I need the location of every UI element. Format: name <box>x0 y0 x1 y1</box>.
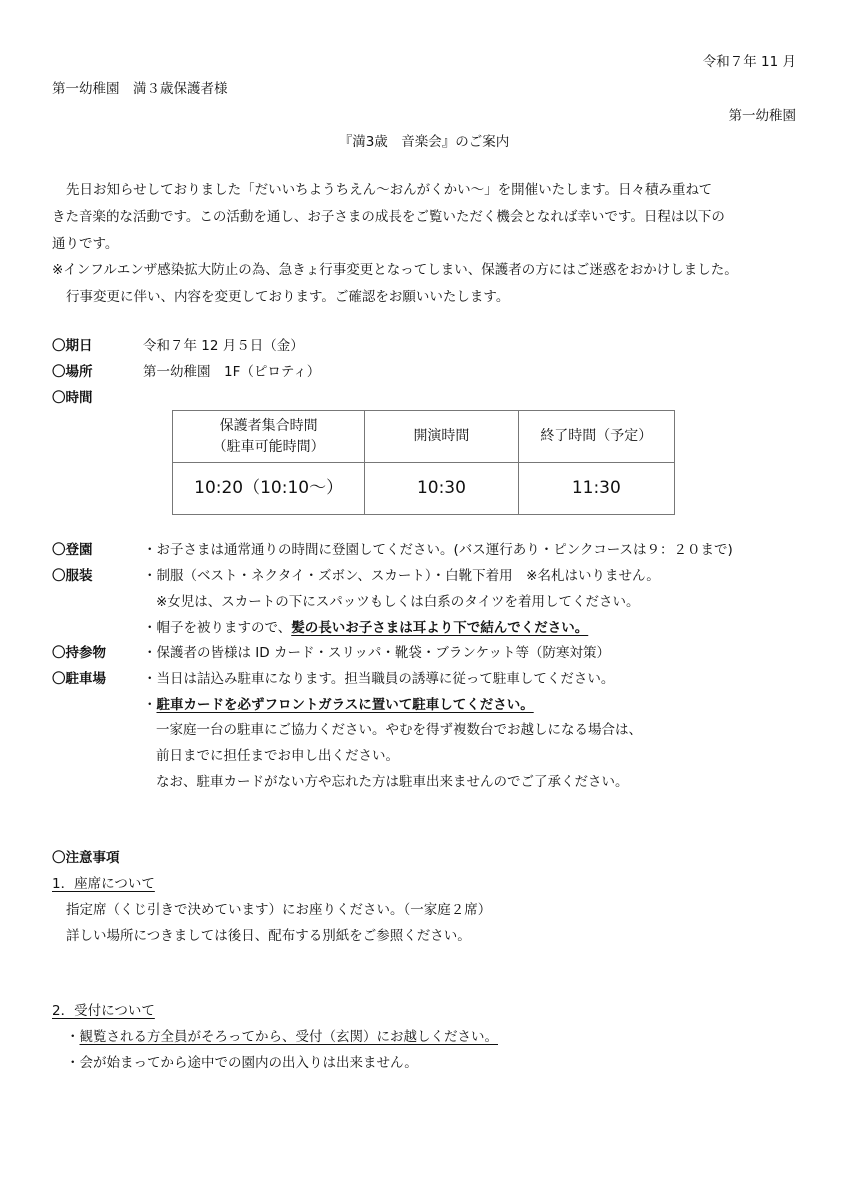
parking-label: 〇駐車場 <box>52 673 106 687</box>
value-end-time: 11:30 <box>518 463 674 515</box>
parking-text-2-bullet: ・ <box>143 697 157 713</box>
date-label: 〇期日 <box>52 340 93 354</box>
recipient: 第一幼稚園 満３歳保護者様 <box>52 83 228 97</box>
section-2-title: 2．受付について <box>52 1005 155 1019</box>
time-label: 〇時間 <box>52 392 93 406</box>
schedule-table-header-row: 保護者集合時間 （駐車可能時間） 開演時間 終了時間（予定） <box>173 411 675 463</box>
header-gathering-time-line1: 保護者集合時間 <box>173 416 364 437</box>
parking-text-2-emphasis: 駐車カードを必ずフロントガラスに置いて駐車してください。 <box>157 697 534 713</box>
place-value: 第一幼稚園 1F（ピロティ） <box>143 366 320 380</box>
date-value: 令和７年 12 月５日（金） <box>143 340 304 354</box>
value-start-time: 10:30 <box>365 463 518 515</box>
schedule-table: 保護者集合時間 （駐車可能時間） 開演時間 終了時間（予定） 10:20（10:… <box>172 410 675 515</box>
clothing-text-1: ・制服（ベスト・ネクタイ・ズボン、スカート）・白靴下着用 ※名札はいりません。 <box>143 570 660 584</box>
header-gathering-time-line2: （駐車可能時間） <box>173 437 364 458</box>
clothing-text-3: ・帽子を被りますので、髪の長いお子さまは耳より下で結んでください。 <box>143 622 588 636</box>
intro-note-line-2: 行事変更に伴い、内容を変更しております。ご確認をお願いいたします。 <box>66 291 509 305</box>
intro-line-1: 先日お知らせしておりました「だいいちようちえん～おんがくかい～」を開催いたします… <box>66 184 712 198</box>
clothing-text-2: ※女児は、スカートの下にスパッツもしくは白系のタイツを着用してください。 <box>156 596 640 610</box>
header-start-time: 開演時間 <box>365 411 518 463</box>
section-1-title: 1．座席について <box>52 878 155 892</box>
section-1-line-1: 指定席（くじ引きで決めています）にお座りください。（一家庭２席） <box>66 904 491 918</box>
section-2-line-2: ・会が始まってから途中での園内の出入りは出来ません。 <box>66 1057 418 1071</box>
schedule-table-value-row: 10:20（10:10～） 10:30 11:30 <box>173 463 675 515</box>
place-label: 〇場所 <box>52 366 93 380</box>
document-date: 令和７年 11 月 <box>703 56 796 70</box>
parking-text-1: ・当日は詰込み駐車になります。担当職員の誘導に従って駐車してください。 <box>143 673 614 687</box>
section-2-line-1-bullet: ・ <box>66 1029 80 1045</box>
intro-line-2: きた音楽的な活動です。この活動を通し、お子さまの成長をご覧いただく機会となれば幸… <box>52 211 725 225</box>
intro-note-line-1: ※インフルエンザ感染拡大防止の為、急きょ行事変更となってしまい、保護者の方にはご… <box>52 264 738 278</box>
section-1-line-2: 詳しい場所につきましては後日、配布する別紙をご参照ください。 <box>66 930 471 944</box>
sender: 第一幼稚園 <box>729 110 797 124</box>
section-2-line-1: ・観覧される方全員がそろってから、受付（玄関）にお越しください。 <box>66 1031 498 1045</box>
intro-line-3: 通りです。 <box>52 238 118 252</box>
parking-text-3: 一家庭一台の駐車にご協力ください。やむを得ず複数台でお越しになる場合は、 <box>156 724 642 738</box>
notes-heading: 〇注意事項 <box>52 852 120 866</box>
value-gathering-time: 10:20（10:10～） <box>173 463 365 515</box>
belongings-text: ・保護者の皆様は ID カード・スリッパ・靴袋・ブランケット等（防寒対策） <box>143 647 610 661</box>
clothing-text-3-emphasis: 髪の長いお子さまは耳より下で結んでください。 <box>291 620 588 636</box>
parking-text-2: ・駐車カードを必ずフロントガラスに置いて駐車してください。 <box>143 699 534 713</box>
parking-text-4: 前日までに担任までお申し出ください。 <box>156 750 399 764</box>
clothing-label: 〇服装 <box>52 570 93 584</box>
parking-text-5: なお、駐車カードがない方や忘れた方は駐車出来ませんのでご了承ください。 <box>156 776 629 790</box>
attendance-label: 〇登園 <box>52 544 93 558</box>
section-2-line-1-emphasis: 観覧される方全員がそろってから、受付（玄関）にお越しください。 <box>80 1029 499 1045</box>
header-end-time: 終了時間（予定） <box>518 411 674 463</box>
page-title: 『満3歳 音楽会』のご案内 <box>0 136 848 150</box>
header-gathering-time: 保護者集合時間 （駐車可能時間） <box>173 411 365 463</box>
clothing-text-3-plain: ・帽子を被りますので、 <box>143 620 291 636</box>
belongings-label: 〇持参物 <box>52 647 106 661</box>
attendance-text: ・お子さまは通常通りの時間に登園してください。(バス運行あり・ピンクコースは９：… <box>143 544 733 558</box>
